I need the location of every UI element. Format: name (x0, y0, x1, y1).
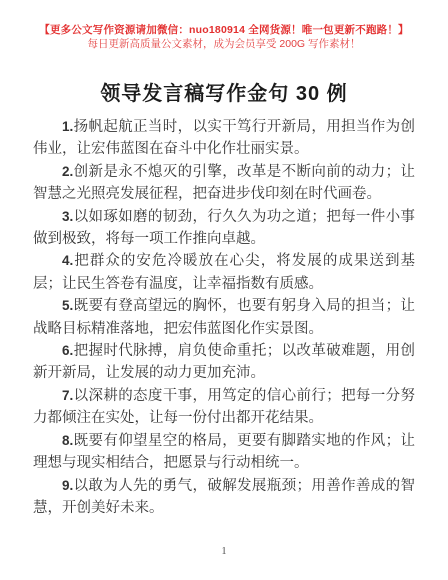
promo-header-line2: 每日更新高质量公文素材，成为会员享受 200G 写作素材！ (0, 38, 448, 51)
document-page: 【更多公文写作资源请加微信：nuo180914 全网货源！唯一包更新不跑路！】 … (0, 0, 448, 580)
paragraph-1: 1.扬帆起航正当时，以实干笃行开新局，用担当作为创伟业，让宏伟蓝图在奋斗中化作壮… (33, 116, 415, 161)
paragraph-number: 5. (62, 298, 73, 313)
paragraph-7: 7.以深耕的态度干事，用笃定的信心前行；把每一分努力都倾注在实处，让每一份付出都… (33, 385, 415, 430)
paragraph-text: 把握时代脉搏，肩负使命重托；以改革破难题，用创新开新局，让发展的动力更加充沛。 (33, 343, 415, 381)
promo-header-line1: 【更多公文写作资源请加微信：nuo180914 全网货源！唯一包更新不跑路！】 (0, 24, 448, 37)
paragraph-number: 6. (62, 343, 73, 358)
page-number: 1 (0, 546, 448, 557)
paragraph-9: 9.以敢为人先的勇气，破解发展瓶颈；用善作善成的智慧，开创美好未来。 (33, 475, 415, 520)
paragraph-number: 4. (62, 253, 73, 268)
paragraph-6: 6.把握时代脉搏，肩负使命重托；以改革破难题，用创新开新局，让发展的动力更加充沛… (33, 340, 415, 385)
paragraph-text: 扬帆起航正当时，以实干笃行开新局，用担当作为创伟业，让宏伟蓝图在奋斗中化作壮丽实… (33, 119, 415, 157)
paragraph-number: 7. (62, 388, 73, 403)
paragraph-text: 以敢为人先的勇气，破解发展瓶颈；用善作善成的智慧，开创美好未来。 (33, 478, 415, 516)
paragraph-text: 把群众的安危冷暖放在心尖，将发展的成果送到基层；让民生答卷有温度，让幸福指数有质… (33, 253, 415, 291)
paragraph-number: 2. (62, 164, 73, 179)
promo-header: 【更多公文写作资源请加微信：nuo180914 全网货源！唯一包更新不跑路！】 … (0, 0, 448, 51)
paragraph-text: 创新是永不熄灭的引擎，改革是不断向前的动力；让智慧之光照亮发展征程，把奋进步伐印… (33, 164, 415, 202)
paragraph-4: 4.把群众的安危冷暖放在心尖，将发展的成果送到基层；让民生答卷有温度，让幸福指数… (33, 250, 415, 295)
paragraph-5: 5.既要有登高望远的胸怀，也要有躬身入局的担当；让战略目标精准落地，把宏伟蓝图化… (33, 295, 415, 340)
paragraph-number: 9. (62, 478, 73, 493)
paragraph-text: 以如琢如磨的韧劲，行久久为功之道；把每一件小事做到极致，将每一项工作推向卓越。 (33, 209, 415, 247)
document-body: 1.扬帆起航正当时，以实干笃行开新局，用担当作为创伟业，让宏伟蓝图在奋斗中化作壮… (33, 116, 415, 519)
paragraph-number: 1. (62, 119, 73, 134)
paragraph-number: 8. (62, 433, 73, 448)
page-title: 领导发言稿写作金句 30 例 (0, 82, 448, 106)
paragraph-2: 2.创新是永不熄灭的引擎，改革是不断向前的动力；让智慧之光照亮发展征程，把奋进步… (33, 161, 415, 206)
paragraph-text: 以深耕的态度干事，用笃定的信心前行；把每一分努力都倾注在实处，让每一份付出都开花… (33, 388, 415, 426)
paragraph-text: 既要有登高望远的胸怀，也要有躬身入局的担当；让战略目标精准落地，把宏伟蓝图化作实… (33, 298, 415, 336)
paragraph-8: 8.既要有仰望星空的格局，更要有脚踏实地的作风；让理想与现实相结合，把愿景与行动… (33, 430, 415, 475)
paragraph-3: 3.以如琢如磨的韧劲，行久久为功之道；把每一件小事做到极致，将每一项工作推向卓越… (33, 206, 415, 251)
paragraph-number: 3. (62, 209, 73, 224)
paragraph-text: 既要有仰望星空的格局，更要有脚踏实地的作风；让理想与现实相结合，把愿景与行动相统… (33, 433, 415, 471)
